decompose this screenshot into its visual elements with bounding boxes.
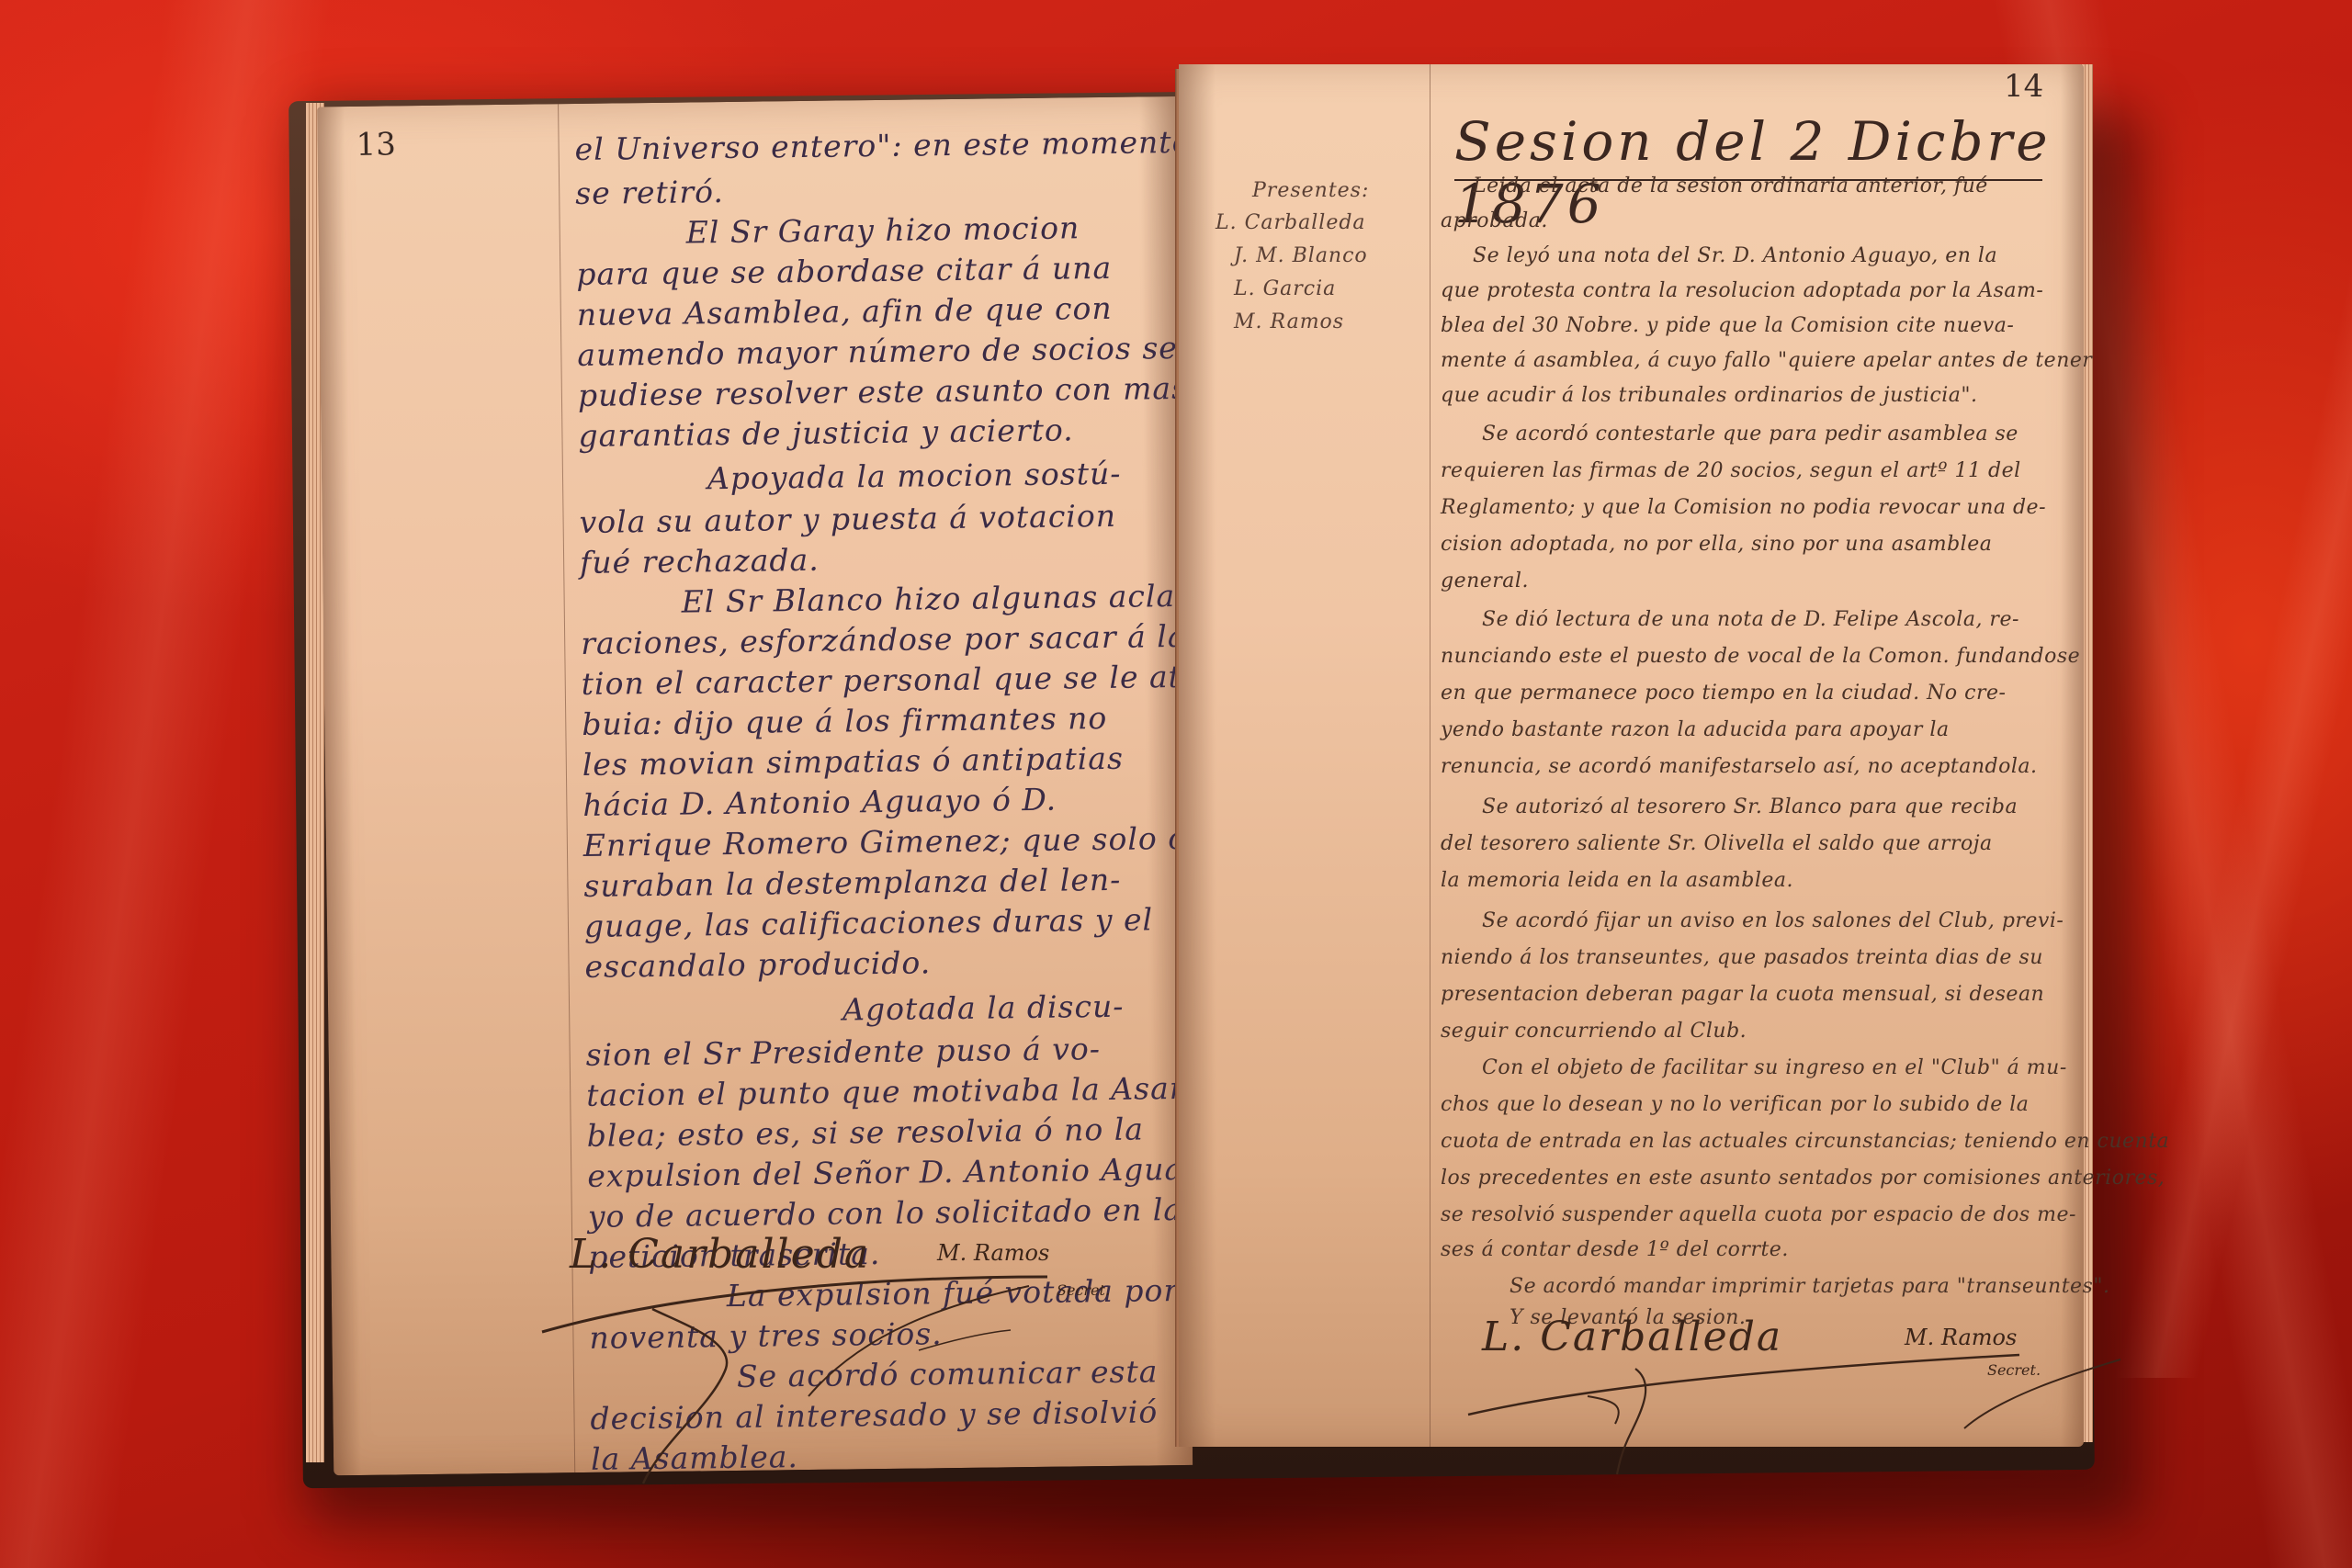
signature-flourish-tail — [1599, 1369, 1690, 1479]
attendee-name: L. Garcia — [1234, 277, 1336, 300]
text-line: aprobada. — [1441, 209, 1548, 232]
text-line: Se acordó contestarle que para pedir asa… — [1482, 423, 2018, 446]
text-line: escandalo producido. — [584, 944, 931, 985]
text-line: expulsion del Señor D. Antonio Agua- — [587, 1151, 1195, 1194]
text-line: Agotada la discu- — [842, 988, 1125, 1028]
text-line: yo de acuerdo con lo solicitado en la — [588, 1191, 1183, 1235]
text-line: requieren las firmas de 20 socios, segun… — [1441, 459, 2021, 482]
text-line: buia: dijo que á los firmantes no — [582, 700, 1107, 742]
text-line: Apoyada la mocion sostú- — [707, 456, 1122, 496]
text-line: suraban la destemplanza del len- — [583, 862, 1121, 904]
attendees-label: Presentes: — [1252, 179, 1369, 202]
text-line: pudiese resolver este asunto con mas — [578, 370, 1189, 413]
text-line: Se dió lectura de una nota de D. Felipe … — [1482, 608, 2019, 631]
text-line: ses á contar desde 1º del corrte. — [1441, 1238, 1789, 1261]
text-line: Reglamento; y que la Comision no podia r… — [1441, 496, 2046, 519]
signature-flourish — [1450, 1350, 2093, 1442]
text-line: nueva Asamblea, afin de que con — [577, 290, 1113, 333]
text-line: que acudir á los tribunales ordinarios d… — [1441, 384, 1978, 407]
cloth-fold — [0, 0, 331, 1568]
attendee-name: J. M. Blanco — [1234, 244, 1368, 267]
text-line: cision adoptada, no por ella, sino por u… — [1441, 533, 1992, 556]
text-line: para que se abordase citar á una — [576, 250, 1112, 292]
text-line: tacion el punto que motivaba la Asam- — [586, 1070, 1210, 1113]
text-line: chos que lo desean y no lo verifican por… — [1441, 1093, 2029, 1116]
right-page: 14 Sesion del 2 Dicbre 1876 Presentes: L… — [1179, 64, 2084, 1447]
session-heading: Sesion del 2 Dicbre 1876 — [1454, 110, 2084, 235]
text-line: del tesorero saliente Sr. Olivella el sa… — [1441, 832, 1993, 855]
text-line: Con el objeto de facilitar su ingreso en… — [1482, 1056, 2067, 1079]
text-line: Se acordó fijar un aviso en los salones … — [1482, 909, 2064, 932]
text-line: nunciando este el puesto de vocal de la … — [1441, 645, 2080, 668]
text-line: en que permanece poco tiempo en la ciuda… — [1441, 682, 2006, 705]
text-line: seguir concurriendo al Club. — [1441, 1020, 1747, 1043]
text-line: niendo á los transeuntes, que pasados tr… — [1441, 946, 2043, 969]
text-line: guage, las calificaciones duras y el — [584, 901, 1154, 944]
text-line: Se acordó mandar imprimir tarjetas para … — [1510, 1275, 2109, 1298]
text-line: El Sr Garay hizo mocion — [686, 209, 1080, 250]
attendee-name: L. Carballeda — [1216, 211, 1366, 234]
text-line: Se autorizó al tesorero Sr. Blanco para … — [1482, 795, 2018, 818]
text-line: Enrique Romero Gimenez; que solo cen- — [583, 819, 1237, 863]
text-line: aumendo mayor número de socios se — [577, 330, 1178, 373]
text-line: vola su autor y puesta á votacion — [579, 498, 1116, 540]
text-line: fué rechazada. — [580, 542, 820, 581]
text-line: blea del 30 Nobre. y pide que la Comisio… — [1441, 314, 2014, 337]
text-line: hácia D. Antonio Aguayo ó D. — [582, 782, 1057, 823]
text-line: sion el Sr Presidente puso á vo- — [585, 1031, 1101, 1073]
text-line: mente á asamblea, á cuyo fallo "quiere a… — [1441, 349, 2092, 372]
text-line: Se leyó una nota del Sr. D. Antonio Agua… — [1473, 244, 1997, 267]
margin-rule — [1430, 64, 1430, 1447]
signature-flourish — [533, 1268, 1176, 1506]
text-line: el Universo entero": en este momento — [574, 124, 1191, 167]
secretary-signature: M. Ramos — [937, 1240, 1049, 1266]
text-line: presentacion deberan pagar la cuota mens… — [1441, 983, 2044, 1006]
text-line: se resolvió suspender aquella cuota por … — [1441, 1203, 2076, 1226]
text-line: garantias de justicia y acierto. — [578, 412, 1074, 454]
page-number: 14 — [2004, 68, 2043, 105]
text-line: los precedentes en este asunto sentados … — [1441, 1167, 2165, 1190]
attendee-name: M. Ramos — [1234, 310, 1344, 333]
text-line: blea; esto es, si se resolvia ó no la — [587, 1111, 1145, 1154]
text-line: cuota de entrada en las actuales circuns… — [1441, 1130, 2169, 1153]
cloth-fold — [2115, 184, 2352, 1378]
text-line: El Sr Blanco hizo algunas acla- — [681, 578, 1186, 620]
text-line: les movian simpatias ó antipatias — [582, 740, 1125, 783]
text-line: renuncia, se acordó manifestarselo así, … — [1441, 755, 2038, 778]
text-line: la memoria leida en la asamblea. — [1441, 869, 1793, 892]
secretary-signature: M. Ramos — [1905, 1325, 2017, 1350]
text-line: Leida el acta de la sesion ordinaria ant… — [1473, 175, 1988, 197]
text-line: general. — [1441, 570, 1529, 592]
text-line: que protesta contra la resolucion adopta… — [1441, 279, 2043, 302]
text-line: tion el caracter personal que se le atri… — [582, 658, 1219, 701]
text-line: se retiró. — [575, 174, 724, 211]
page-number: 13 — [356, 126, 396, 164]
text-line: yendo bastante razon la aducida para apo… — [1441, 718, 1950, 741]
